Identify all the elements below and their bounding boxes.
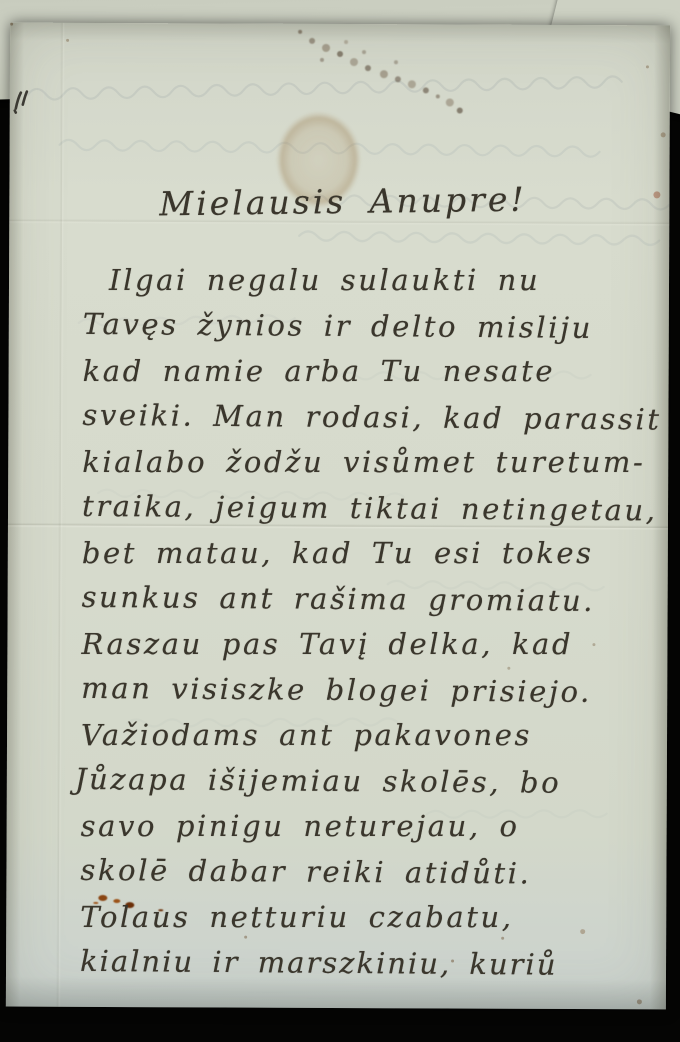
letter-line: Tavęs žynios ir delto misliju [83,301,658,351]
letter-line: kialabo žodžu visůmet turetum- [82,440,657,486]
ink-smudge [298,30,302,34]
letter-line: Ilgai negalu sulaukti nu [83,258,658,304]
letter-page: Mielausis Anupre! Ilgai negalu sulaukti … [6,23,670,1010]
letter-line: savo pinigu neturejau, o [81,804,656,850]
letter-line: Jůzapa išijemiau skolēs, bo [75,756,656,806]
letter-line: Raszau pas Tavį delka, kad [81,622,656,668]
letter-salutation: Mielausis Anupre! [159,180,527,224]
letter-line: Važiodams ant pakavones [81,713,656,759]
letter-line: kad namie arba Tu nesate [83,349,658,395]
letter-line: sunkus ant rašima gromiatu. [81,574,656,624]
letter-line: kialniu ir marszkiniu, kuriů [80,938,655,988]
letter-line: skolē dabar reiki atidůti. [80,847,655,897]
pencil-mark [10,81,50,121]
letter-line: man visiszke blogei prisiejo. [81,665,656,715]
paper-specks [10,23,13,26]
letter-line: Tolaus netturiu czabatu, [80,895,655,941]
letter-line: sveiki. Man rodasi, kad parassit [82,392,657,442]
letter-line: traika, jeigum tiktai netingetau, [82,483,657,533]
letter-line: bet matau, kad Tu esi tokes [82,531,657,577]
letter-body: Ilgai negalu sulaukti nuTavęs žynios ir … [80,257,658,988]
scanned-letter-photo: Mielausis Anupre! Ilgai negalu sulaukti … [0,0,680,1042]
